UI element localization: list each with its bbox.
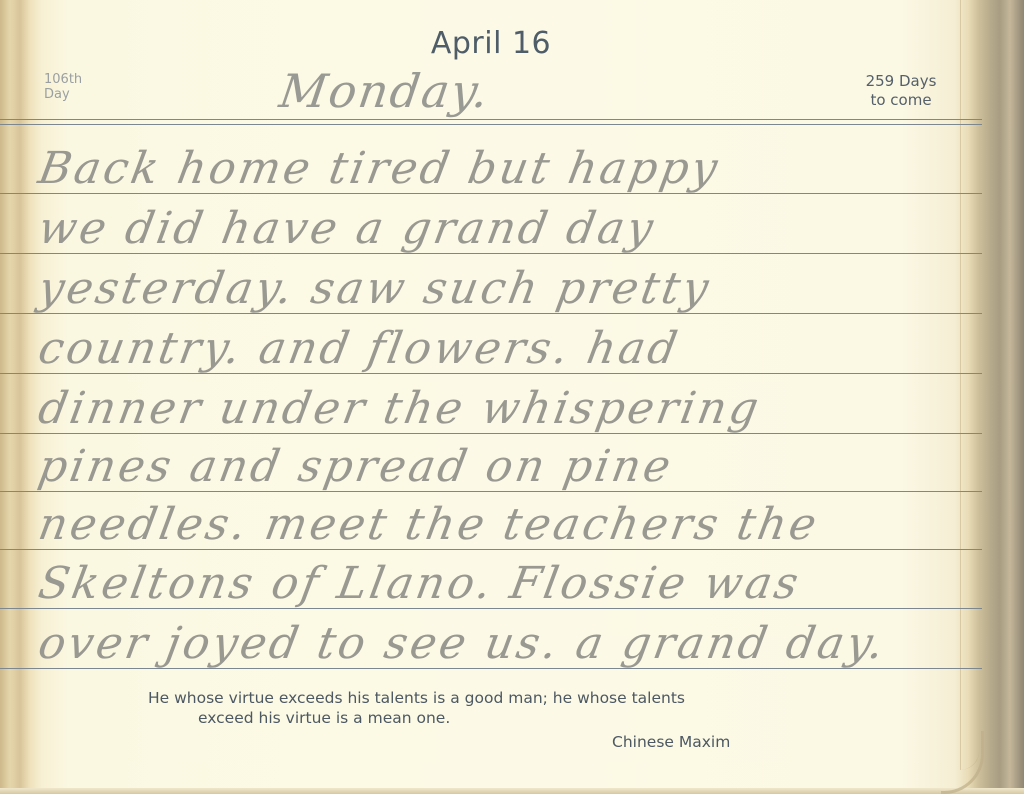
- entry-line: dinner under the whispering: [34, 380, 974, 438]
- page-date: April 16: [0, 26, 982, 61]
- entry-line: we did have a grand day: [34, 200, 974, 258]
- header-double-rule: [0, 119, 982, 125]
- entry-line: Skeltons of Llano. Flossie was: [34, 555, 974, 613]
- maxim-line-1: He whose virtue exceeds his talents is a…: [148, 689, 685, 707]
- printed-maxim: He whose virtue exceeds his talents is a…: [148, 688, 808, 728]
- day-of-year-number: 106th: [44, 72, 82, 87]
- entry-line: yesterday. saw such pretty: [34, 260, 974, 318]
- entry-line: country. and flowers. had: [34, 320, 974, 378]
- days-remaining-label: to come: [846, 91, 956, 110]
- days-remaining-number: 259 Days: [846, 72, 956, 91]
- day-of-year-label: Day: [44, 87, 82, 102]
- page-bottom-edge: [0, 788, 1024, 794]
- day-of-year: 106th Day: [44, 72, 82, 102]
- days-remaining: 259 Days to come: [846, 72, 956, 110]
- entry-line: pines and spread on pine: [34, 438, 974, 496]
- maxim-line-2: exceed his virtue is a mean one.: [148, 708, 808, 728]
- entry-line: needles. meet the teachers the: [34, 496, 974, 554]
- handwritten-weekday: Monday.: [276, 64, 493, 118]
- entry-line: Back home tired but happy: [34, 140, 974, 198]
- maxim-source: Chinese Maxim: [612, 733, 730, 751]
- diary-page: April 16 106th Day 259 Days to come Mond…: [0, 0, 1024, 794]
- entry-line: over joyed to see us. a grand day.: [34, 615, 974, 673]
